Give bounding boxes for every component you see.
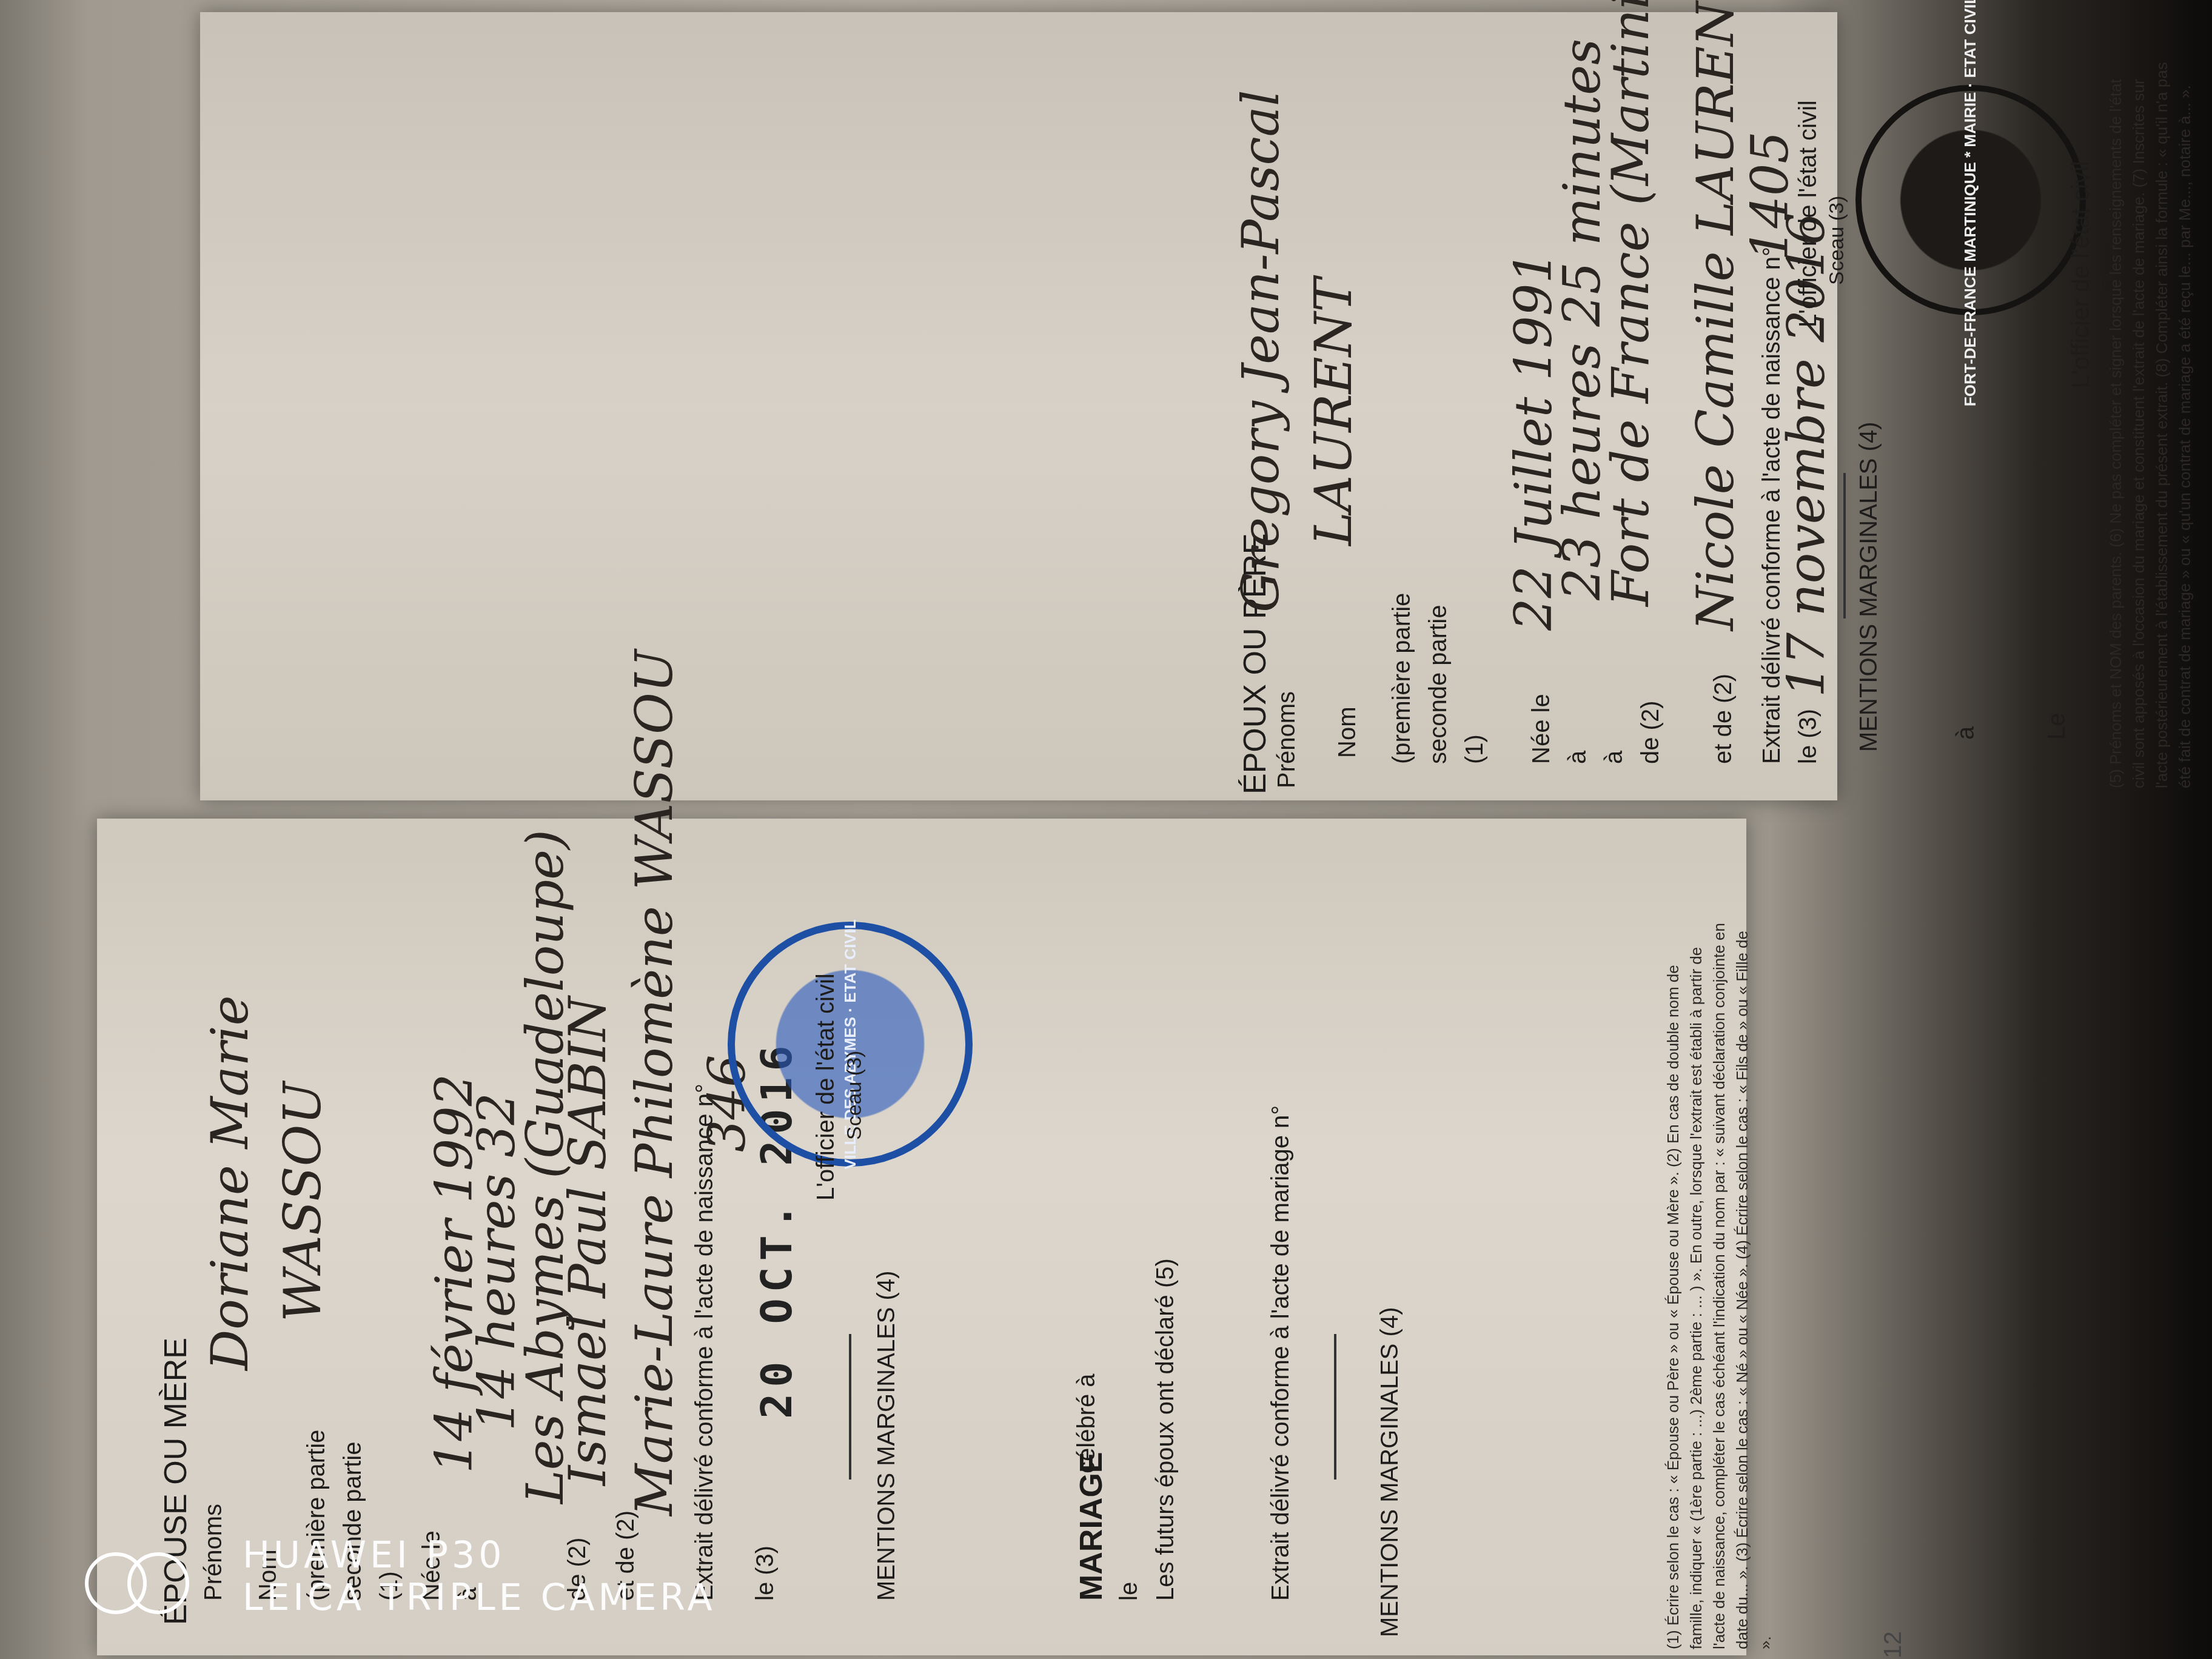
label-seconde-partie-epoux: seconde partie bbox=[1425, 605, 1452, 764]
label-et-de-epoux: et de (2) bbox=[1710, 674, 1737, 764]
value-nom-epoux: LAURENT bbox=[1304, 278, 1363, 546]
label-celebre-a: célébré à bbox=[1073, 1373, 1101, 1473]
footnotes-left-page: (1) Écrire selon le cas : « Épouse ou Pè… bbox=[1661, 922, 1777, 1649]
label-le-epoux: le (3) bbox=[1795, 709, 1822, 764]
label-sceau-epoux: Sceau (3) bbox=[1825, 196, 1849, 285]
seal-fort-de-france: FORT-DE-FRANCE MARTINIQUE * MAIRIE · ETA… bbox=[1855, 85, 2086, 315]
label-de-epoux: de (2) bbox=[1637, 701, 1664, 765]
divider-mentions2-epouse bbox=[1334, 1334, 1336, 1480]
label-le-epouse: le (3) bbox=[752, 1546, 779, 1601]
label-officier-epouse: L'officier de l'état civil bbox=[813, 973, 840, 1201]
value-prenoms-epouse: Doriane Marie bbox=[200, 996, 260, 1370]
label-mentions-epouse: MENTIONS MARGINALES (4) bbox=[873, 1270, 900, 1601]
value-mere-epoux: Nicole Camille LAURENT bbox=[1686, 0, 1745, 631]
label-a3-epoux: à bbox=[1952, 726, 1980, 740]
label-prenoms-epoux: Prénoms bbox=[1273, 691, 1301, 788]
divider-mentions-epoux bbox=[1843, 473, 1846, 618]
label-futurs-epoux: Les futurs époux ont déclaré (5) bbox=[1152, 1258, 1179, 1601]
label-mentions2-epouse: MENTIONS MARGINALES (4) bbox=[1376, 1307, 1404, 1637]
divider-mentions-epouse bbox=[849, 1334, 851, 1480]
photo-scene: ÉPOUX OU PÈRE Prénoms Gregory Jean-Pasca… bbox=[0, 0, 2212, 1659]
label-nom-epoux: Nom bbox=[1334, 707, 1361, 758]
label-a2-epoux: à bbox=[1601, 751, 1628, 764]
label-premiere-partie-epoux: (première partie bbox=[1389, 593, 1416, 764]
value-pere-epouse: Ismael Paul SABIN bbox=[558, 997, 617, 1486]
label-sceau-epouse: Sceau (3) bbox=[843, 1051, 866, 1140]
label-prenoms-epouse: Prénoms bbox=[200, 1504, 227, 1601]
watermark-line2: LEICA TRIPLE CAMERA bbox=[243, 1577, 716, 1619]
label-mariage-le: le bbox=[1116, 1582, 1143, 1601]
camera-logo-icon-2 bbox=[127, 1552, 189, 1614]
label-extrait-mariage: Extrait délivré conforme à l'acte de mar… bbox=[1267, 1105, 1295, 1601]
page-number: 12 bbox=[1880, 1631, 1907, 1658]
camera-watermark: HUAWEI P30 LEICA TRIPLE CAMERA bbox=[243, 1534, 716, 1619]
value-mere-epouse: Marie-Laure Philomène WASSOU bbox=[625, 649, 684, 1516]
label-officier2-epoux: L'officier de l'état civil bbox=[2068, 161, 2095, 388]
label-le2-epoux: Le bbox=[2043, 713, 2071, 740]
label-note1-epoux: (1) bbox=[1461, 734, 1489, 764]
value-prenoms-epoux: Gregory Jean-Pascal bbox=[1231, 90, 1290, 613]
value-nom-epouse: WASSOU bbox=[273, 1082, 332, 1322]
watermark-line1: HUAWEI P30 bbox=[243, 1534, 716, 1577]
label-mariage: MARIAGE bbox=[1073, 1452, 1110, 1601]
label-ne-le-epoux: Née le bbox=[1528, 694, 1555, 764]
value-lieu-epoux: Fort de France (Martinique) bbox=[1601, 0, 1660, 606]
label-officier-epoux: L'officier de l'état civil bbox=[1795, 100, 1822, 327]
label-mentions-epoux: MENTIONS MARGINALES (4) bbox=[1855, 421, 1883, 752]
label-extrait-epouse: Extrait délivré conforme à l'acte de nai… bbox=[691, 1084, 719, 1601]
label-a-epoux: à bbox=[1564, 751, 1592, 764]
footnotes-right-page: (5) Prénoms et NOM des parents. (6) Ne p… bbox=[2104, 61, 2196, 788]
